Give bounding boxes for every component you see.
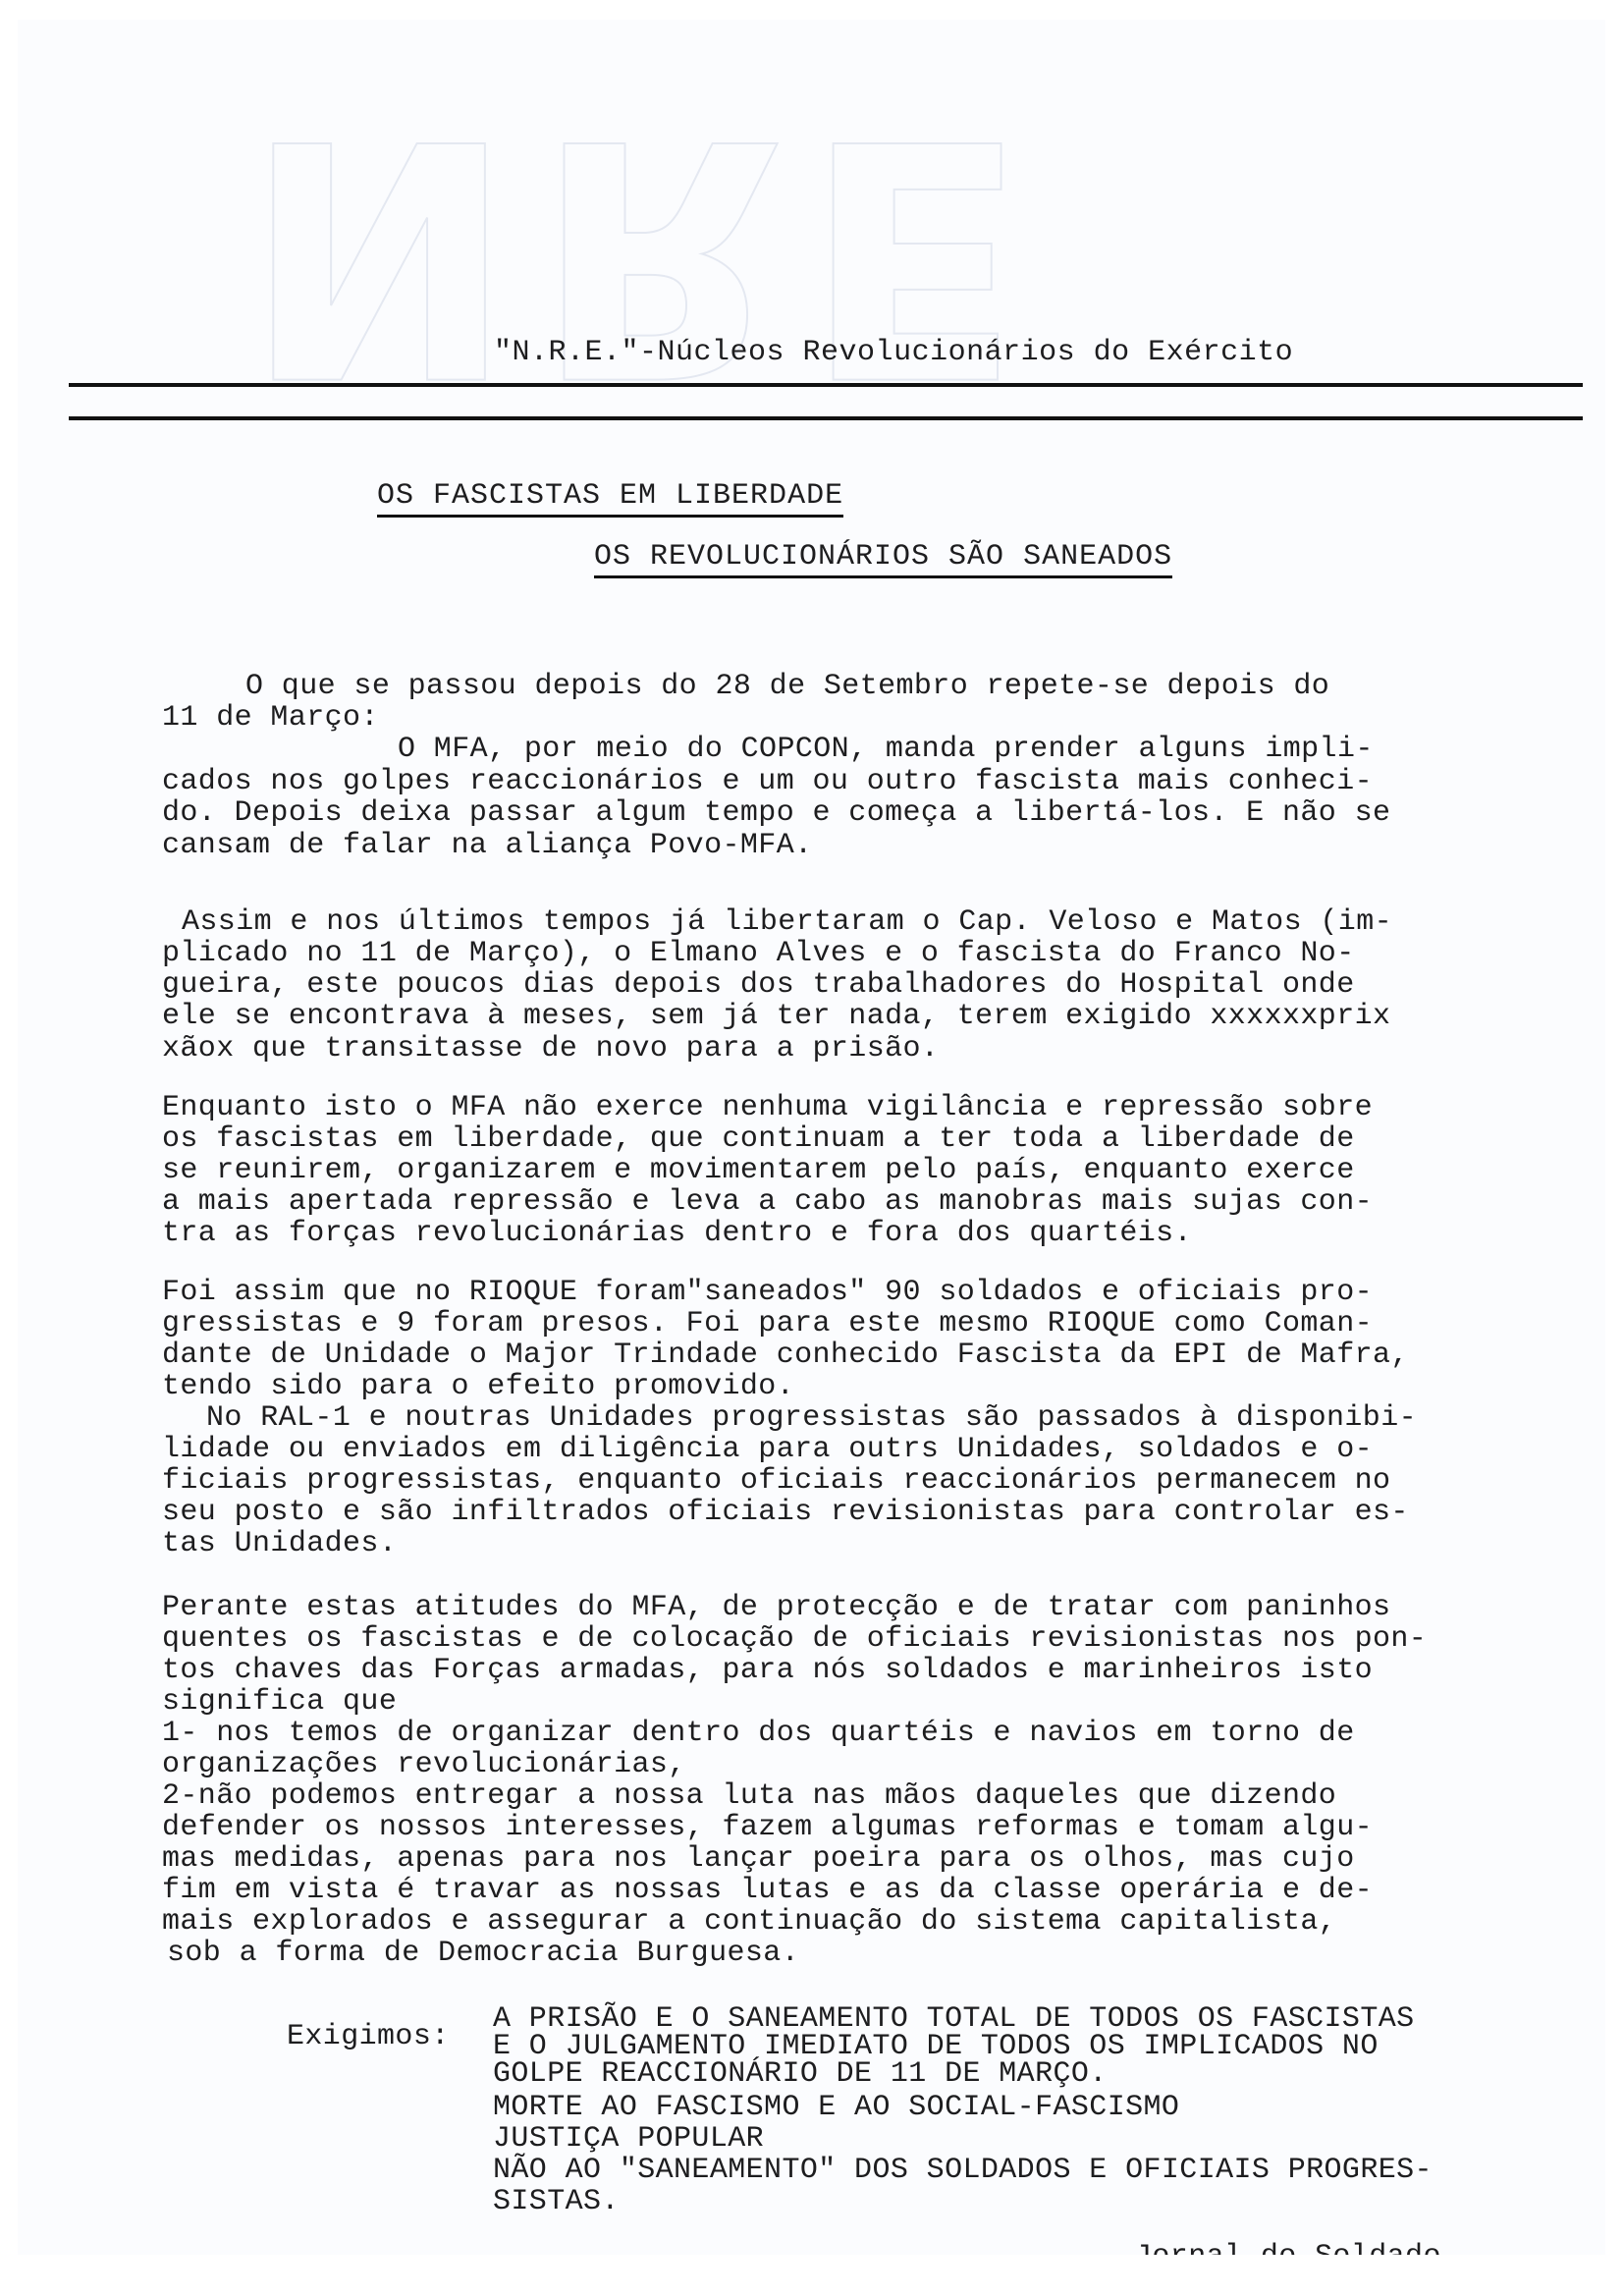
body-line: Assim e nos últimos tempos já libertaram… xyxy=(182,906,1392,938)
body-line: seu posto e são infiltrados oficiais rev… xyxy=(162,1497,1409,1528)
body-line: cados nos golpes reaccionários e um ou o… xyxy=(162,766,1373,797)
body-line: tendo sido para o efeito promovido. xyxy=(162,1371,794,1402)
demand-line: SISTAS. xyxy=(493,2186,620,2217)
signature: Jornal do Soldado xyxy=(1134,2241,1441,2255)
body-line: quentes os fascistas e de colocação de o… xyxy=(162,1623,1427,1655)
body-line: significa que xyxy=(162,1686,397,1718)
demands-label: Exigimos: xyxy=(287,2021,450,2052)
body-line: Enquanto isto o MFA não exerce nenhuma v… xyxy=(162,1092,1373,1123)
body-line: tra as forças revolucionárias dentro e f… xyxy=(162,1218,1192,1249)
body-line: se reunirem, organizarem e movimentarem … xyxy=(162,1155,1355,1186)
body-line: Perante estas atitudes do MFA, de protec… xyxy=(162,1592,1390,1623)
body-line: tas Unidades. xyxy=(162,1528,397,1559)
body-line: fim em vista é travar as nossas lutas e … xyxy=(162,1875,1373,1906)
title-line-2: OS REVOLUCIONÁRIOS SÃO SANEADOS xyxy=(594,540,1172,574)
body-line: lidade ou enviados em diligência para ou… xyxy=(162,1434,1373,1465)
body-line: gressistas e 9 foram presos. Foi para es… xyxy=(162,1308,1373,1339)
title-text-2: OS REVOLUCIONÁRIOS SÃO SANEADOS xyxy=(594,540,1172,578)
demand-line: NÃO AO "SANEAMENTO" DOS SOLDADOS E OFICI… xyxy=(493,2155,1433,2186)
body-line: os fascistas em liberdade, que continuam… xyxy=(162,1123,1355,1155)
body-line: Foi assim que no RIOQUE foram"saneados" … xyxy=(162,1277,1373,1308)
body-line: sob a forma de Democracia Burguesa. xyxy=(167,1938,799,1969)
body-line: xãox que transitasse de novo para a pris… xyxy=(162,1033,939,1065)
title-text-1: OS FASCISTAS EM LIBERDADE xyxy=(377,479,843,518)
body-line: a mais apertada repressão e leva a cabo … xyxy=(162,1186,1373,1218)
body-line: 11 de Março: xyxy=(162,702,379,734)
body-line: organizações revolucionárias, xyxy=(162,1749,686,1780)
body-line: mas medidas, apenas para nos lançar poei… xyxy=(162,1843,1355,1875)
body-line: ficiais progressistas, enquanto oficiais… xyxy=(162,1465,1390,1497)
body-line: gueira, este poucos dias depois dos trab… xyxy=(162,969,1355,1001)
bleed-through-watermark: NRE xyxy=(243,79,1520,432)
organization-header: "N.R.E."-Núcleos Revolucionários do Exér… xyxy=(494,336,1293,369)
body-line: O que se passou depois do 28 de Setembro… xyxy=(245,671,1329,702)
body-line: dante de Unidade o Major Trindade conhec… xyxy=(162,1339,1409,1371)
body-line: ele se encontrava à meses, sem já ter na… xyxy=(162,1001,1390,1032)
body-line: No RAL-1 e noutras Unidades progressista… xyxy=(206,1402,1417,1434)
title-line-1: OS FASCISTAS EM LIBERDADE xyxy=(377,479,843,513)
header-rule-bottom xyxy=(69,416,1583,420)
body-line: cansam de falar na aliança Povo-MFA. xyxy=(162,830,813,861)
demand-line: JUSTIÇA POPULAR xyxy=(493,2123,764,2155)
body-line: tos chaves das Forças armadas, para nós … xyxy=(162,1655,1373,1686)
body-line: plicado no 11 de Março), o Elmano Alves … xyxy=(162,938,1355,969)
body-line: defender os nossos interesses, fazem alg… xyxy=(162,1812,1373,1843)
body-line: do. Depois deixa passar algum tempo e co… xyxy=(162,797,1390,829)
header-rule-top xyxy=(69,383,1583,387)
demand-line: GOLPE REACCIONÁRIO DE 11 DE MARÇO. xyxy=(493,2058,1108,2090)
demand-line: MORTE AO FASCISMO E AO SOCIAL-FASCISMO xyxy=(493,2092,1179,2123)
body-line: 1- nos temos de organizar dentro dos qua… xyxy=(162,1718,1355,1749)
body-line: mais explorados e assegurar a continuaçã… xyxy=(162,1906,1336,1938)
body-line: 2-não podemos entregar a nossa luta nas … xyxy=(162,1780,1336,1812)
body-line: O MFA, por meio do COPCON, manda prender… xyxy=(398,734,1374,765)
